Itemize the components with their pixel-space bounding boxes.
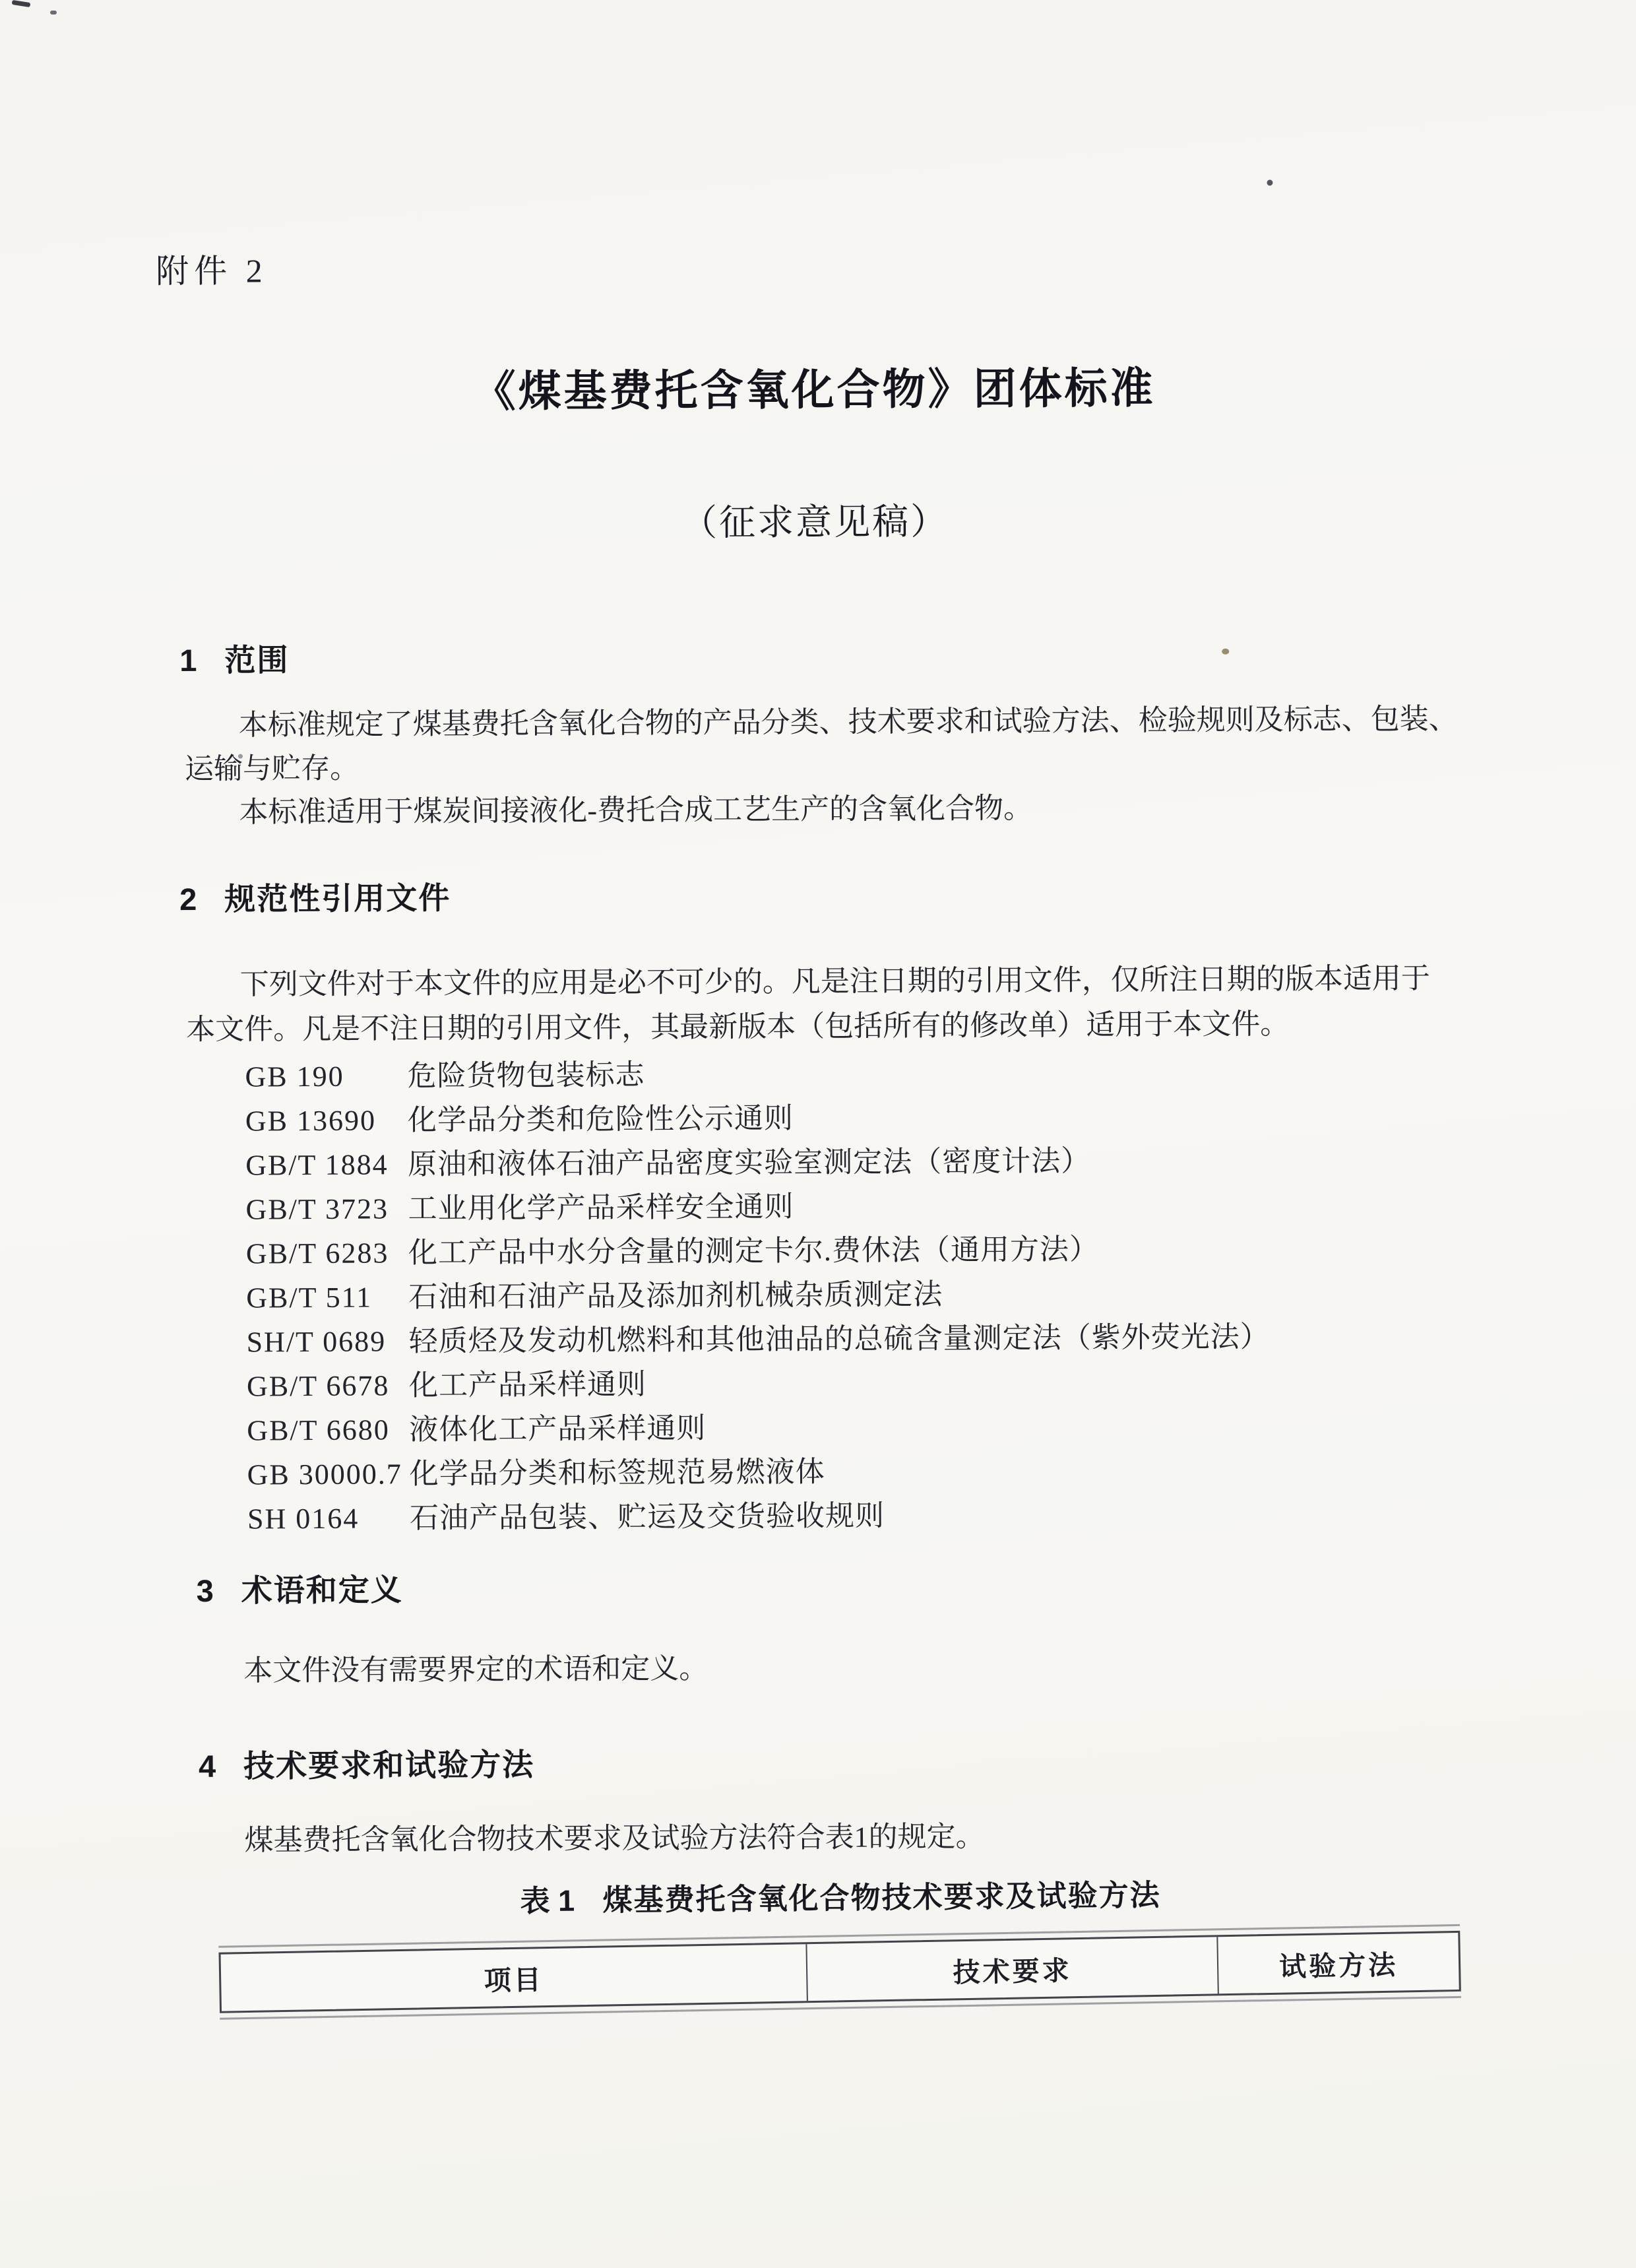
table-caption: 表 1 煤基费托含氧化合物技术要求及试验方法 (4, 1875, 1636, 1921)
document-title: 《煤基费托含氧化合物》团体标准 (0, 364, 1632, 416)
reference-code: GB 30000.7 (247, 1460, 402, 1489)
scan-speck (1267, 179, 1273, 185)
table-header-test-method: 试验方法 (1218, 1933, 1459, 1993)
scan-speck (238, 754, 243, 759)
body-line: 本文件没有需要界定的术语和定义。 (243, 1654, 708, 1686)
section-1-heading: 1 范围 (179, 644, 289, 676)
reference-title: 危险货物包装标志 (407, 1060, 645, 1091)
attachment-label: 附件 2 (156, 254, 268, 288)
table-caption-text: 煤基费托含氧化合物技术要求及试验方法 (602, 1878, 1160, 1917)
section-3-heading: 3 术语和定义 (196, 1574, 402, 1606)
section-3-number: 3 (196, 1575, 213, 1606)
reference-title: 化学品分类和标签规范易燃液体 (410, 1458, 825, 1489)
reference-code: GB 190 (245, 1062, 344, 1092)
body-line: 本标准适用于煤炭间接液化-费托合成工艺生产的含氧化合物。 (239, 794, 1032, 827)
section-4-title: 技术要求和试验方法 (243, 1749, 534, 1781)
reference-code: SH/T 0689 (247, 1327, 387, 1357)
table-header-item: 项目 (221, 1944, 808, 2011)
reference-code: GB/T 3723 (245, 1194, 389, 1224)
reference-title: 工业用化学产品采样安全通则 (408, 1192, 794, 1223)
reference-code: GB/T 6678 (247, 1371, 390, 1401)
reference-code: GB/T 1884 (245, 1150, 389, 1180)
document-content: 附件 2 《煤基费托含氧化合物》团体标准 （征求意见稿） 1 范围 本标准规定了… (0, 0, 1636, 2268)
reference-title: 化工产品采样通则 (409, 1370, 646, 1400)
reference-code: GB/T 511 (246, 1283, 372, 1313)
body-line: 下列文件对于本文件的应用是必不可少的。凡是注日期的引用文件，仅所注日期的版本适用… (240, 964, 1430, 999)
section-3-title: 术语和定义 (241, 1574, 403, 1605)
reference-title: 石油产品包装、贮运及交货验收规则 (410, 1501, 885, 1533)
section-1-number: 1 (179, 645, 197, 676)
table-1: 项目 技术要求 试验方法 (218, 1931, 1461, 2013)
section-1-title: 范围 (224, 644, 289, 676)
scan-speck (50, 11, 57, 15)
body-line: 运输与贮存。 (185, 754, 359, 784)
body-line: 本标准规定了煤基费托含氧化合物的产品分类、技术要求和试验方法、检验规则及标志、包… (239, 705, 1458, 740)
scanned-document-page: 附件 2 《煤基费托含氧化合物》团体标准 （征求意见稿） 1 范围 本标准规定了… (0, 0, 1636, 2268)
reference-title: 化工产品中水分含量的测定卡尔.费休法（通用方法） (408, 1235, 1099, 1268)
section-2-number: 2 (179, 884, 197, 915)
reference-title: 原油和液体石油产品密度实验室测定法（密度计法） (408, 1147, 1090, 1179)
document-subtitle: （征求意见稿） (0, 500, 1633, 545)
body-line: 煤基费托含氧化合物技术要求及试验方法符合表1的规定。 (244, 1823, 984, 1856)
section-4-number: 4 (199, 1751, 216, 1782)
reference-code: GB 13690 (245, 1107, 376, 1136)
table-caption-label: 表 1 (520, 1884, 575, 1918)
body-line: 本文件。凡是不注日期的引用文件，其最新版本（包括所有的修改单）适用于本文件。 (186, 1010, 1289, 1045)
reference-title: 液体化工产品采样通则 (409, 1414, 706, 1444)
section-4-heading: 4 技术要求和试验方法 (199, 1749, 534, 1782)
reference-code: SH 0164 (247, 1505, 359, 1534)
section-2-heading: 2 规范性引用文件 (179, 882, 451, 915)
reference-code: GB/T 6680 (247, 1415, 390, 1445)
section-2-title: 规范性引用文件 (224, 882, 451, 915)
table-header-requirement: 技术要求 (807, 1937, 1218, 2001)
reference-title: 石油和石油产品及添加剂机械杂质测定法 (408, 1280, 943, 1312)
reference-title: 轻质烃及发动机燃料和其他油品的总硫含量测定法（紫外荧光法） (409, 1322, 1270, 1356)
reference-code: GB/T 6283 (246, 1239, 389, 1268)
reference-title: 化学品分类和危险性公示通则 (408, 1104, 794, 1135)
scan-speck (1222, 649, 1229, 655)
